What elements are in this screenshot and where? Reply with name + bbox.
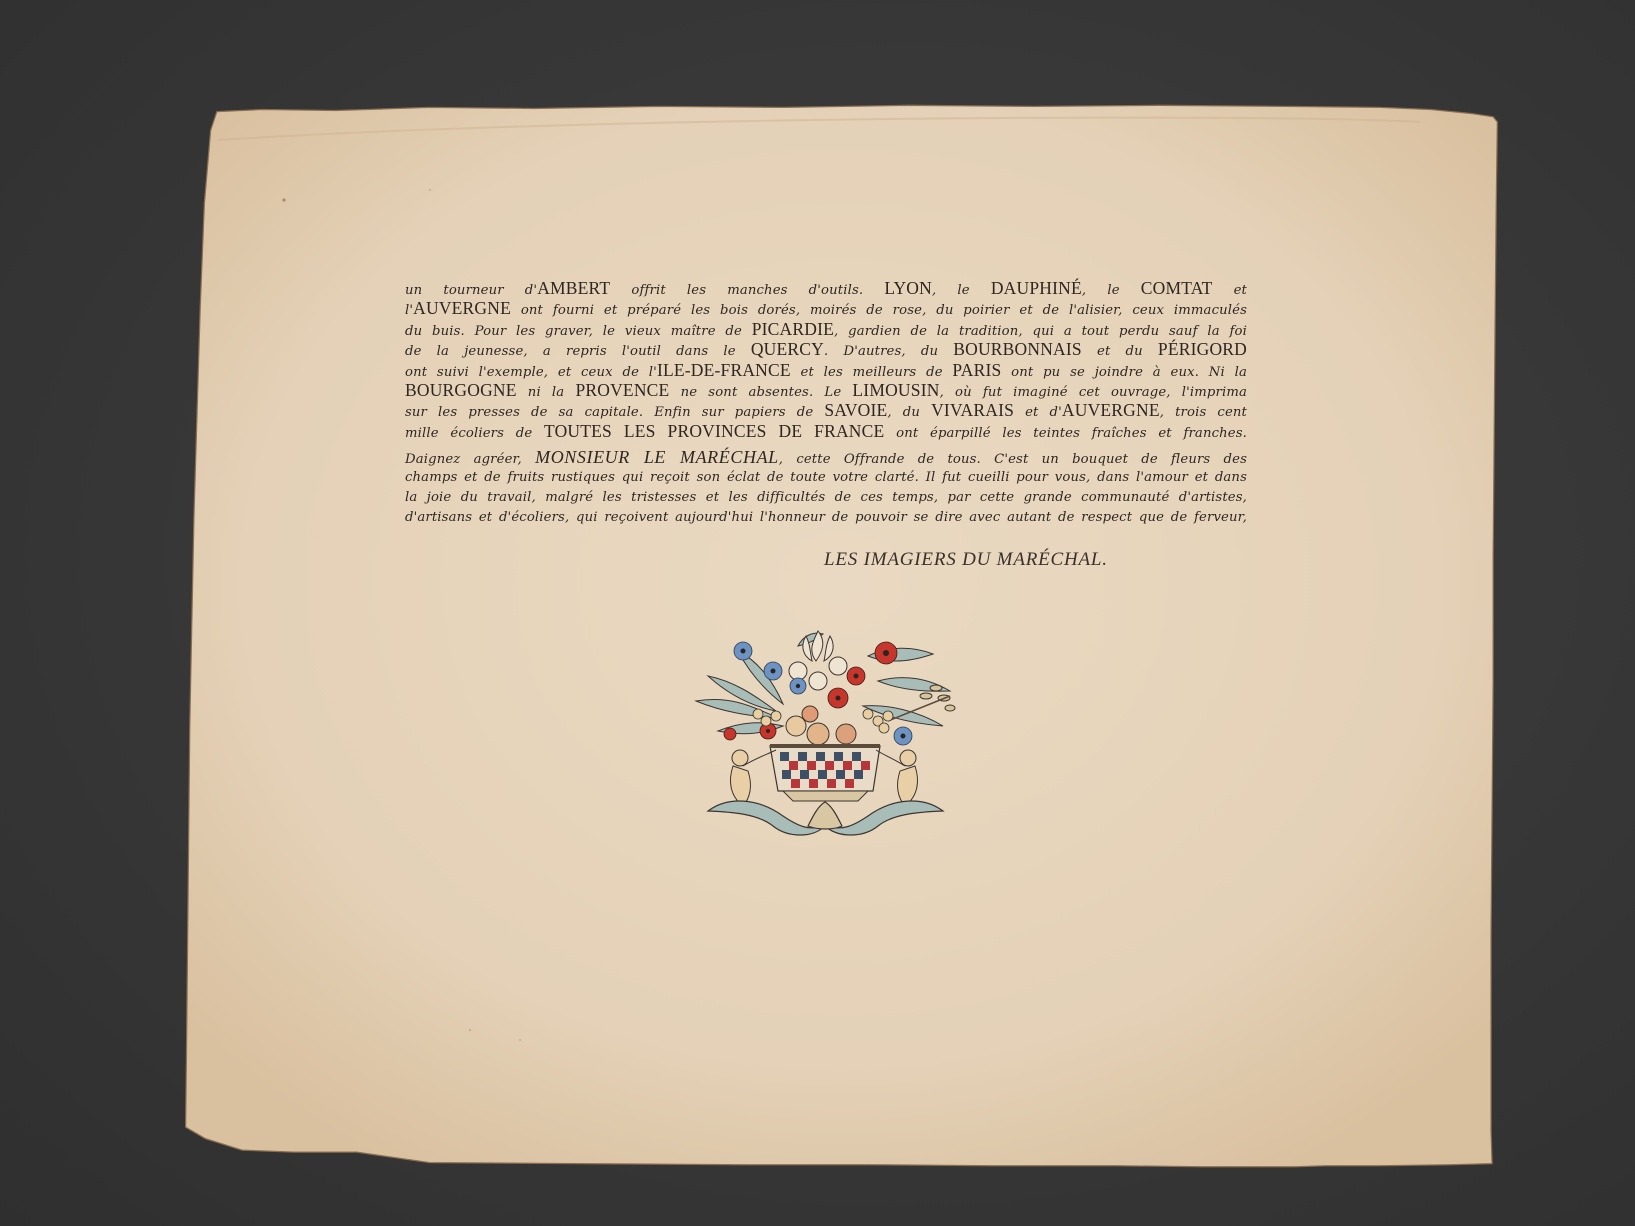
- place-name: MONSIEUR LE MARÉCHAL: [535, 447, 779, 467]
- text-segment: un tourneur d': [405, 283, 537, 298]
- text-segment: Daignez agréer,: [405, 452, 535, 467]
- text-line: Daignez agréer, MONSIEUR LE MARÉCHAL, ce…: [405, 447, 1247, 467]
- text-segment: mille écoliers de: [405, 426, 544, 441]
- text-segment: , le: [932, 283, 991, 298]
- text-segment: et: [1213, 283, 1248, 298]
- text-segment: l': [405, 303, 413, 318]
- place-name: AUVERGNE: [1062, 400, 1160, 420]
- text-segment: offrit les manches d'outils.: [610, 283, 884, 298]
- text-line: un tourneur d'AMBERT offrit les manches …: [405, 278, 1247, 298]
- text-segment: ni la: [517, 385, 576, 400]
- text-segment: ont fourni et préparé les bois dorés, mo…: [511, 303, 1247, 318]
- text-line: mille écoliers de TOUTES LES PROVINCES D…: [405, 421, 1247, 441]
- place-name: PICARDIE: [752, 319, 834, 339]
- text-segment: sur les presses de sa capitale. Enfin su…: [405, 405, 824, 420]
- text-line: champs et de fruits rustiques qui reçoit…: [405, 468, 1247, 488]
- place-name: QUERCY: [751, 339, 824, 359]
- text-segment: d'artisans et d'écoliers, qui reçoivent …: [405, 510, 1247, 525]
- text-line: sur les presses de sa capitale. Enfin su…: [405, 400, 1247, 420]
- text-segment: , du: [887, 405, 931, 420]
- text-line: d'artisans et d'écoliers, qui reçoivent …: [405, 508, 1247, 528]
- text-line: l'AUVERGNE ont fourni et préparé les boi…: [405, 298, 1247, 318]
- text-line: BOURGOGNE ni la PROVENCE ne sont absente…: [405, 380, 1247, 400]
- text-segment: . D'autres, du: [824, 344, 953, 359]
- place-name: PARIS: [952, 360, 1001, 380]
- text-segment: champs et de fruits rustiques qui reçoit…: [405, 470, 1247, 485]
- place-name: LIMOUSIN: [852, 380, 939, 400]
- text-segment: , trois cent: [1160, 405, 1247, 420]
- text-segment: du buis. Pour les graver, le vieux maîtr…: [405, 324, 752, 339]
- text-line: du buis. Pour les graver, le vieux maîtr…: [405, 319, 1247, 339]
- text-segment: et d': [1014, 405, 1062, 420]
- text-segment: et du: [1082, 344, 1158, 359]
- flower-basket-woodcut-icon: [688, 626, 963, 841]
- text-segment: , le: [1082, 283, 1141, 298]
- place-name: BOURGOGNE: [405, 380, 517, 400]
- text-line: ont suivi l'exemple, et ceux de l'ILE-DE…: [405, 360, 1247, 380]
- place-name: LYON: [884, 278, 932, 298]
- place-name: SAVOIE: [824, 400, 887, 420]
- text-segment: ont suivi l'exemple, et ceux de l': [405, 365, 657, 380]
- place-name: AUVERGNE: [413, 298, 511, 318]
- text-segment: ont éparpillé les teintes fraîches et fr…: [884, 426, 1247, 441]
- text-segment: ne sont absentes. Le: [669, 385, 852, 400]
- text-line: de la jeunesse, a repris l'outil dans le…: [405, 339, 1247, 359]
- place-name: ILE-DE-FRANCE: [657, 360, 791, 380]
- text-segment: et les meilleurs de: [791, 365, 953, 380]
- text-segment: , cette Offrande de tous. C'est un bouqu…: [779, 452, 1247, 467]
- text-segment: ont pu se joindre à eux. Ni la: [1001, 365, 1247, 380]
- place-name: PÉRIGORD: [1158, 339, 1247, 359]
- place-name: AMBERT: [537, 278, 610, 298]
- place-name: DAUPHINÉ: [991, 278, 1082, 298]
- place-name: VIVARAIS: [931, 400, 1014, 420]
- text-segment: de la jeunesse, a repris l'outil dans le: [405, 344, 751, 359]
- place-name: COMTAT: [1141, 278, 1213, 298]
- signature: LES IMAGIERS DU MARÉCHAL.: [824, 549, 1108, 571]
- text-segment: , où fut imaginé cet ouvrage, l'imprima: [940, 385, 1247, 400]
- place-name: BOURBONNAIS: [953, 339, 1082, 359]
- paper-sheet: [0, 0, 1635, 1226]
- text-segment: , gardien de la tradition, qui a tout pe…: [834, 324, 1247, 339]
- text-line: la joie du travail, malgré les tristesse…: [405, 488, 1247, 508]
- place-name: TOUTES LES PROVINCES DE FRANCE: [544, 421, 884, 441]
- dedication-text: un tourneur d'AMBERT offrit les manches …: [405, 278, 1247, 529]
- paper-shape: [0, 0, 1635, 1226]
- place-name: PROVENCE: [575, 380, 669, 400]
- text-segment: la joie du travail, malgré les tristesse…: [405, 490, 1247, 505]
